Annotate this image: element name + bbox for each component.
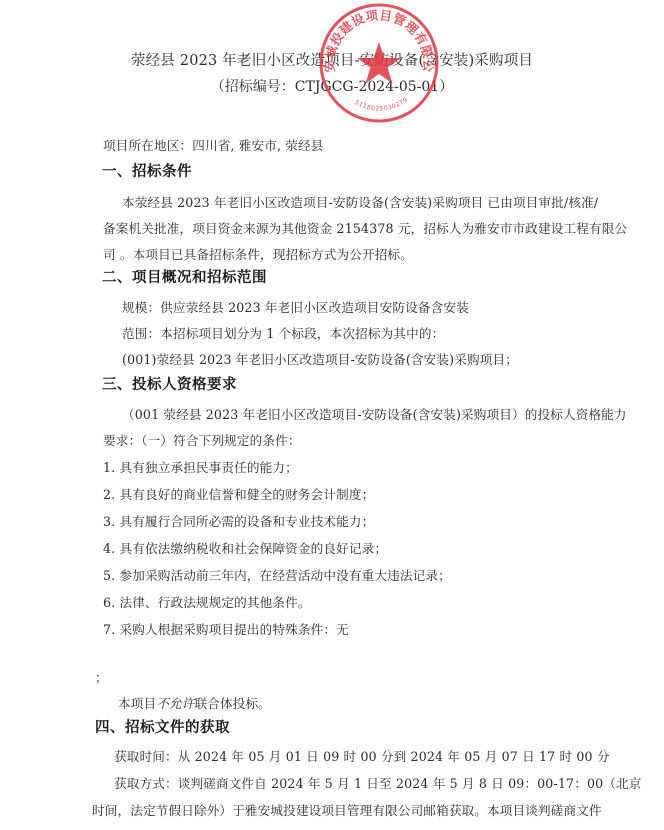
- requirement-5: 5. 参加采购活动前三年内，在经营活动中没有重大违法记录；: [103, 565, 451, 584]
- svg-text:5118025030279: 5118025030279: [353, 96, 409, 113]
- section-3-line-2: 要求：（一）符合下列规定的条件：: [103, 430, 301, 449]
- section-1-line-1: 本荥经县 2023 年老旧小区改造项目-安防设备(含安装)采购项目 已由项目审批…: [122, 192, 598, 211]
- requirement-1: 1. 具有独立承担民事责任的能力；: [103, 457, 298, 476]
- bid-number: （招标编号：CTJGCG-2024-05-01）: [0, 76, 664, 96]
- project-region: 项目所在地区：四川省, 雅安市, 荥经县: [103, 135, 324, 154]
- requirement-2: 2. 具有良好的商业信誉和健全的财务会计制度；: [103, 484, 374, 503]
- stray-semicolon: ；: [95, 667, 108, 686]
- consortium-note: 本项目不允许联合体投标。: [118, 693, 271, 712]
- section-2-line-3: (001)荥经县 2023 年老旧小区改造项目-安防设备(含安装)采购项目；: [122, 349, 518, 368]
- requirement-7: 7. 采购人根据采购项目提出的特殊条件：无: [103, 619, 349, 638]
- requirement-4: 4. 具有依法缴纳税收和社会保障资金的良好记录；: [103, 538, 387, 557]
- section-heading-3: 三、投标人资格要求: [102, 373, 237, 394]
- consortium-not-allowed: 不允许: [156, 696, 194, 711]
- document-title: 荥经县 2023 年老旧小区改造项目-安防设备(含安装)采购项目: [0, 49, 664, 70]
- consortium-suffix: 联合体投标。: [194, 696, 270, 711]
- section-1-line-3: 司 。本项目已具备招标条件，现招标方式为公开招标。: [103, 244, 413, 263]
- section-4-line-1: 获取时间：从 2024 年 05 月 01 日 09 时 00 分到 2024 …: [114, 746, 610, 765]
- section-2-line-2: 范围：本招标项目划分为 1 个标段，本次招标为其中的：: [122, 323, 444, 342]
- section-heading-2: 二、项目概况和招标范围: [102, 266, 267, 287]
- section-4-line-3: 时间，法定节假日除外）于雅安城投建设项目管理有限公司邮箱获取。本项目谈判磋商文件: [92, 800, 602, 819]
- section-1-line-2: 备案机关批准，项目资金来源为其他资金 2154378 元，招标人为雅安市市政建设…: [103, 218, 627, 237]
- section-3-line-1: （001 荥经县 2023 年老旧小区改造项目-安防设备(含安装)采购项目）的投…: [122, 404, 627, 423]
- section-heading-1: 一、招标条件: [102, 160, 192, 181]
- document-page: 荥经县 2023 年老旧小区改造项目-安防设备(含安装)采购项目 （招标编号：C…: [0, 0, 664, 830]
- consortium-prefix: 本项目: [118, 696, 156, 711]
- requirement-3: 3. 具有履行合同所必需的设备和专业技术能力；: [103, 511, 374, 530]
- section-2-line-1: 规模：供应荥经县 2023 年老旧小区改造项目安防设备含安装: [122, 297, 469, 316]
- requirement-6: 6. 法律、行政法规规定的其他条件。: [103, 592, 311, 611]
- section-4-line-2: 获取方式：谈判磋商文件自 2024 年 5 月 1 日至 2024 年 5 月 …: [114, 773, 642, 792]
- section-heading-4: 四、招标文件的获取: [95, 716, 230, 737]
